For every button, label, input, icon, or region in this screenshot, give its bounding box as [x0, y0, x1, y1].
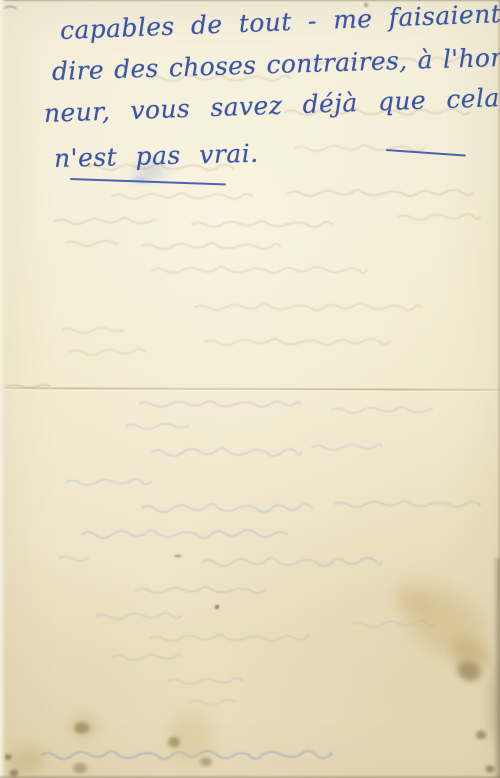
ink-underline: [70, 178, 226, 186]
handwriting-line-4: n'est pas vrai.: [54, 139, 259, 173]
paper-edge-left: [0, 0, 6, 778]
paper-edge-right-shadow: [493, 558, 500, 778]
handwriting-line-2: dire des choses contraires, à l'hon: [52, 43, 500, 86]
letter-page: capables de tout - me faisaient dire des…: [0, 0, 500, 778]
handwriting-line-1: capables de tout - me faisaient: [59, 0, 500, 45]
ink-underline: [386, 149, 466, 157]
handwriting-line-3: neur, vous savez déjà que cela: [43, 83, 500, 128]
paper-edge-top: [0, 0, 500, 2]
